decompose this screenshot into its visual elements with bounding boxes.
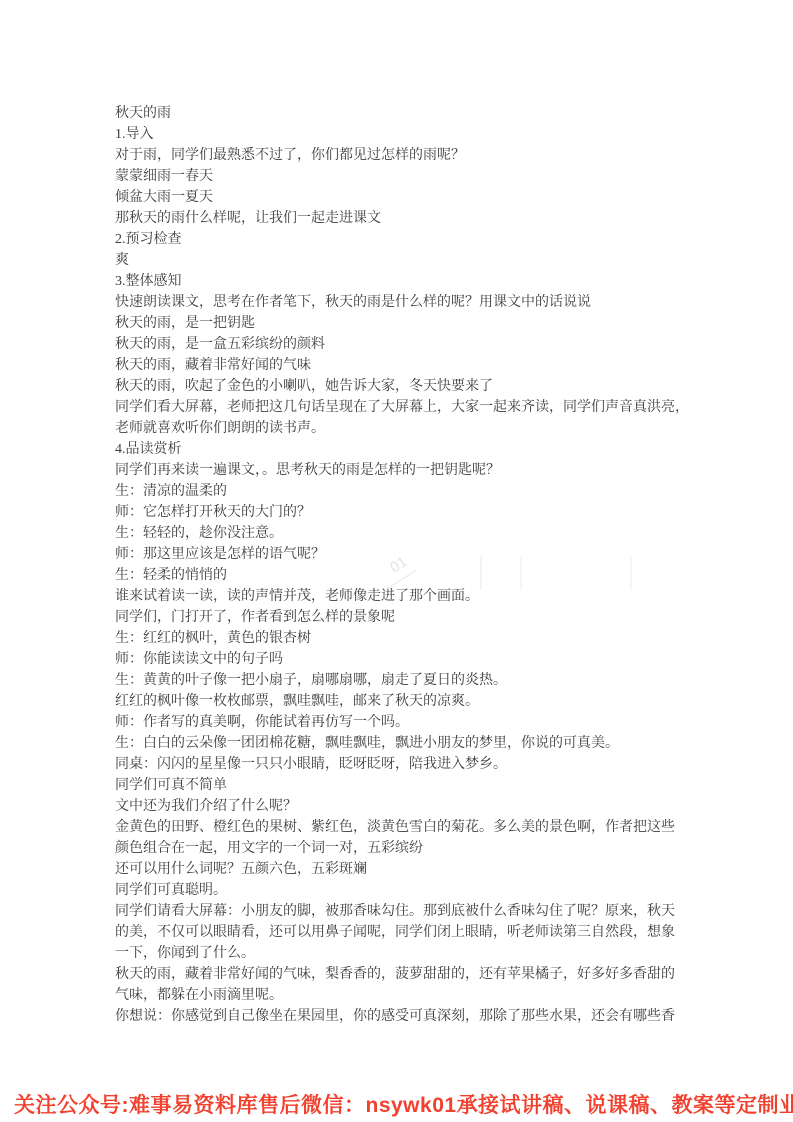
text-line: 同学们再来读一遍课文，。思考秋天的雨是怎样的一把钥匙呢？ (115, 460, 700, 481)
text-line: 蒙蒙细雨一春天 (115, 166, 700, 187)
text-line: 师：作者写的真美啊，你能试着再仿写一个吗。 (115, 712, 700, 733)
text-line: 文中还为我们介绍了什么呢？ (115, 796, 700, 817)
text-line: 秋天的雨，藏着非常好闻的气味，梨香香的，菠萝甜甜的，还有苹果橘子，好多好多香甜的 (115, 964, 700, 985)
text-line: 生：白白的云朵像一团团棉花糖，飘哇飘哇，飘进小朋友的梦里，你说的可真美。 (115, 733, 700, 754)
text-line: 秋天的雨，是一盒五彩缤纷的颜料 (115, 334, 700, 355)
text-line: 金黄色的田野、橙红色的果树、紫红色，淡黄色雪白的菊花。多么美的景色啊，作者把这些 (115, 817, 700, 838)
text-line: 谁来试着读一读，读的声情并茂，老师像走进了那个画面。 (115, 586, 700, 607)
text-line: 同学们看大屏幕，老师把这几句话呈现在了大屏幕上，大家一起来齐读，同学们声音真洪亮… (115, 397, 700, 418)
text-line: 生：轻轻的，趁你没注意。 (115, 523, 700, 544)
text-line: 那秋天的雨什么样呢，让我们一起走进课文 (115, 208, 700, 229)
text-line: 同桌：闪闪的星星像一只只小眼睛，眨呀眨呀，陪我进入梦乡。 (115, 754, 700, 775)
text-line: 秋天的雨，是一把钥匙 (115, 313, 700, 334)
promo-footer: 关注公众号:难事易资料库 售后微信：nsywk01 承接试讲稿、说课稿、教案等定… (14, 1089, 779, 1119)
footer-segment-official-account: 关注公众号:难事易资料库 (14, 1089, 258, 1119)
text-line: 还可以用什么词呢？五颜六色，五彩斑斓 (115, 859, 700, 880)
text-line: 倾盆大雨一夏天 (115, 187, 700, 208)
text-line: 的美，不仅可以眼睛看，还可以用鼻子闻呢，同学们闭上眼睛，听老师读第三自然段，想象 (115, 922, 700, 943)
text-line: 生：轻柔的悄悄的 (115, 565, 700, 586)
text-line: 爽 (115, 250, 700, 271)
text-line: 同学们可真不简单 (115, 775, 700, 796)
document-page: 秋天的雨1.导入对于雨，同学们最熟悉不过了，你们都见过怎样的雨呢？蒙蒙细雨一春天… (0, 0, 793, 1122)
text-line: 对于雨，同学们最熟悉不过了，你们都见过怎样的雨呢？ (115, 145, 700, 166)
text-line: 同学们可真聪明。 (115, 880, 700, 901)
text-line: 秋天的雨，吹起了金色的小喇叭，她告诉大家，冬天快要来了 (115, 376, 700, 397)
text-line: 同学们，门打开了，作者看到怎么样的景象呢 (115, 607, 700, 628)
text-line: 1.导入 (115, 124, 700, 145)
text-line: 3.整体感知 (115, 271, 700, 292)
footer-segment-wechat-contact: 售后微信：nsywk01 (258, 1089, 457, 1119)
text-line: 生：红红的枫叶，黄色的银杏树 (115, 628, 700, 649)
footer-segment-services: 承接试讲稿、说课稿、教案等定制业务 (457, 1089, 793, 1119)
text-line: 秋天的雨，藏着非常好闻的气味 (115, 355, 700, 376)
text-line: 生：黄黄的叶子像一把小扇子，扇哪扇哪，扇走了夏日的炎热。 (115, 670, 700, 691)
text-line: 快速朗读课文，思考在作者笔下，秋天的雨是什么样的呢？用课文中的话说说 (115, 292, 700, 313)
text-line: 气味，都躲在小雨滴里呢。 (115, 985, 700, 1006)
text-line: 生：清凉的温柔的 (115, 481, 700, 502)
text-line: 颜色组合在一起，用文字的一个词一对，五彩缤纷 (115, 838, 700, 859)
text-line: 同学们请看大屏幕：小朋友的脚，被那香味勾住。那到底被什么香味勾住了呢？原来，秋天 (115, 901, 700, 922)
text-line: 老师就喜欢听你们朗朗的读书声。 (115, 418, 700, 439)
text-line: 4.品读赏析 (115, 439, 700, 460)
text-line: 师：你能读读文中的句子吗 (115, 649, 700, 670)
text-line: 师：它怎样打开秋天的大门的？ (115, 502, 700, 523)
text-line: 秋天的雨 (115, 103, 700, 124)
text-line: 2.预习检查 (115, 229, 700, 250)
text-line: 红红的枫叶像一枚枚邮票，飘哇飘哇，邮来了秋天的凉爽。 (115, 691, 700, 712)
text-line: 师：那这里应该是怎样的语气呢？ (115, 544, 700, 565)
document-body: 秋天的雨1.导入对于雨，同学们最熟悉不过了，你们都见过怎样的雨呢？蒙蒙细雨一春天… (115, 103, 700, 1027)
text-line: 你想说：你感觉到自己像坐在果园里，你的感受可真深刻，那除了那些水果，还会有哪些香 (115, 1006, 700, 1027)
text-line: 一下，你闻到了什么。 (115, 943, 700, 964)
